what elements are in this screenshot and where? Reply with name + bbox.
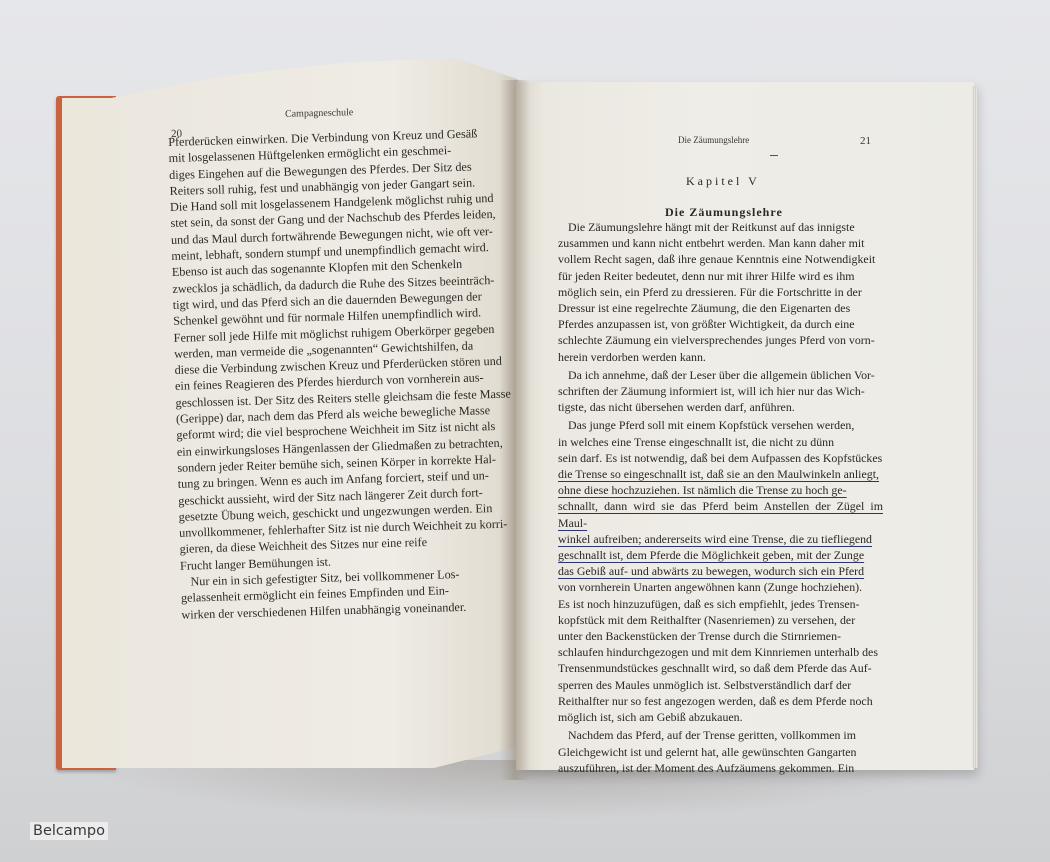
text-line: möglich ist, sich am Gebiß abzukauen.	[558, 710, 743, 724]
paragraph: Das junge Pferd soll mit einem Kopfstück…	[558, 417, 883, 725]
left-page-body: Pferderücken einwirken. Die Verbindung v…	[168, 124, 530, 622]
right-page-stack	[972, 86, 978, 768]
text-line: Nachdem das Pferd, auf der Trense geritt…	[568, 728, 856, 742]
text-line: Da ich annehme, daß der Leser über die a…	[568, 368, 875, 382]
text-line: Das junge Pferd soll mit einem Kopfstück…	[568, 418, 854, 432]
text-line: unter den Backenstücken der Trense durch…	[558, 629, 841, 643]
paragraph: Nachdem das Pferd, auf der Trense geritt…	[558, 727, 883, 776]
text-line: schlechte Zäumung ein vielversprechendes…	[558, 333, 875, 347]
text-line: schlaufen hindurchgezogen und mit dem Ki…	[558, 645, 878, 659]
underlined-text-line: das Gebiß auf- und abwärts zu bewegen, w…	[558, 564, 864, 578]
text-line: sein darf. Es ist notwendig, daß bei dem…	[558, 451, 882, 465]
underlined-text-line: winkel aufreiben; andererseits wird eine…	[558, 532, 872, 546]
text-line: herein verdorben werden kann.	[558, 350, 706, 364]
right-running-header: Die Zäumungslehre	[678, 135, 749, 145]
text-line: Trensenmundstückes geschnallt wird, so d…	[558, 661, 872, 675]
text-line: Reithalfter nur so fest angezogen werden…	[558, 694, 873, 708]
paragraph: Nur ein in sich gefestigter Sitz, bei vo…	[180, 564, 529, 623]
underlined-text-line: schnallt, dann wird sie das Pferd beim A…	[558, 499, 883, 529]
text-line: Pferdes anzupassen ist, von größter Wich…	[558, 317, 854, 331]
ornament-dash	[770, 155, 778, 156]
right-page-body: Die Zäumungslehre hängt mit der Reitkuns…	[558, 219, 883, 776]
underlined-text-line: ohne diese hochzuziehen. Ist nämlich die…	[558, 483, 847, 497]
paragraph: Pferderücken einwirken. Die Verbindung v…	[168, 124, 528, 574]
text-line: Die Zäumungslehre hängt mit der Reitkuns…	[568, 220, 855, 234]
text-line: möglich sein, ein Pferd zu dressieren. F…	[558, 285, 862, 299]
text-line: zusammen und kann nicht entbehrt werden.…	[558, 236, 864, 250]
text-line: auszuführen, ist der Moment des Aufzäume…	[558, 761, 854, 775]
text-line: Gleichgewicht ist und gelernt hat, alle …	[558, 745, 857, 759]
text-line: Dressur ist eine regelrechte Zäumung, di…	[558, 301, 850, 315]
text-line: tigste, das nicht übersehen werden darf,…	[558, 400, 795, 414]
paragraph: Die Zäumungslehre hängt mit der Reitkuns…	[558, 219, 883, 365]
underlined-text-line: geschnallt ist, dem Pferde die Möglichke…	[558, 548, 864, 562]
right-page-number: 21	[860, 135, 871, 147]
text-line: von vornherein Unarten angewöhnen kann (…	[558, 580, 862, 594]
text-line: sperren des Maules unmöglich ist. Selbst…	[558, 678, 851, 692]
text-line: vollem Recht sagen, daß ihre genaue Kenn…	[558, 252, 875, 266]
text-line: in welches eine Trense eingeschnallt ist…	[558, 435, 834, 449]
paragraph: Da ich annehme, daß der Leser über die a…	[558, 367, 883, 416]
underlined-text-line: die Trense so eingeschnallt ist, daß sie…	[558, 467, 879, 481]
text-line: Es ist noch hinzuzufügen, daß es sich em…	[558, 597, 860, 611]
text-line: kopfstück mit dem Reithalfter (Nasenriem…	[558, 613, 855, 627]
watermark-label: Belcampo	[30, 822, 108, 840]
text-line: schriften der Zäumung informiert ist, wi…	[558, 384, 865, 398]
chapter-label: Kapitel V	[686, 174, 760, 189]
left-running-header: Campagneschule	[285, 107, 354, 120]
chapter-title: Die Zäumungslehre	[665, 205, 783, 220]
text-line: für jeden Reiter bedeutet, denn nur mit …	[558, 269, 855, 283]
